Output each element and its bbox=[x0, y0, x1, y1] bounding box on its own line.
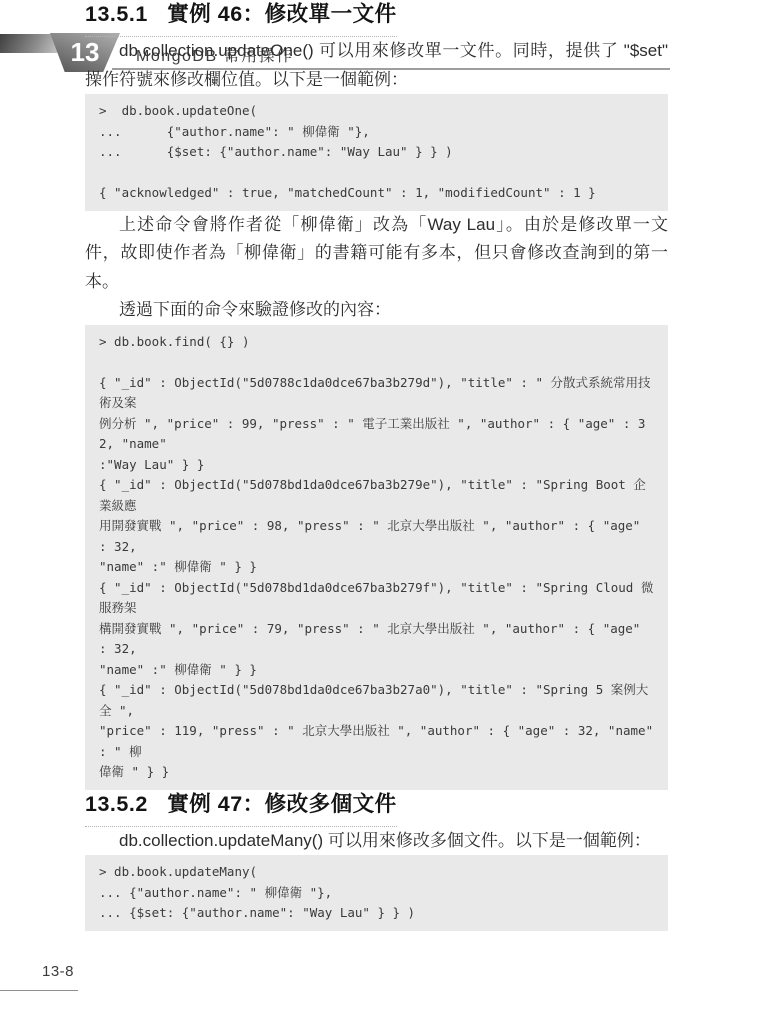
page-content: 13.5.1 實例 46：修改單一文件 db.collection.update… bbox=[85, 0, 668, 931]
code-block-updatemany: > db.book.updateMany( ... {"author.name"… bbox=[85, 855, 668, 931]
section-number: 13.5.1 bbox=[85, 2, 148, 26]
paragraph-updateone-intro: db.collection.updateOne() 可以用來修改單一文件。同時，… bbox=[85, 37, 668, 94]
section-heading-13-5-1: 13.5.1 實例 46：修改單一文件 bbox=[85, 0, 668, 37]
code-block-updateone: > db.book.updateOne( ... {"author.name":… bbox=[85, 94, 668, 211]
section-number: 13.5.2 bbox=[85, 792, 148, 816]
section-heading-underline: 13.5.1 實例 46：修改單一文件 bbox=[85, 0, 397, 37]
footer-rule bbox=[0, 990, 78, 991]
paragraph-updatemany-intro: db.collection.updateMany() 可以用來修改多個文件。以下… bbox=[85, 827, 668, 856]
code-block-find-results: > db.book.find( {} ) { "_id" : ObjectId(… bbox=[85, 325, 668, 790]
section-title: 實例 46：修改單一文件 bbox=[167, 2, 396, 26]
page-number: 13-8 bbox=[42, 963, 74, 980]
section-title: 實例 47：修改多個文件 bbox=[167, 792, 396, 816]
paragraph-verify-intro: 透過下面的命令來驗證修改的內容： bbox=[85, 296, 668, 325]
section-heading-underline: 13.5.2 實例 47：修改多個文件 bbox=[85, 790, 397, 827]
section-heading-13-5-2: 13.5.2 實例 47：修改多個文件 bbox=[85, 790, 668, 827]
paragraph-updateone-explanation: 上述命令會將作者從「柳偉衛」改為「Way Lau」。由於是修改單一文件，故即使作… bbox=[85, 211, 668, 297]
